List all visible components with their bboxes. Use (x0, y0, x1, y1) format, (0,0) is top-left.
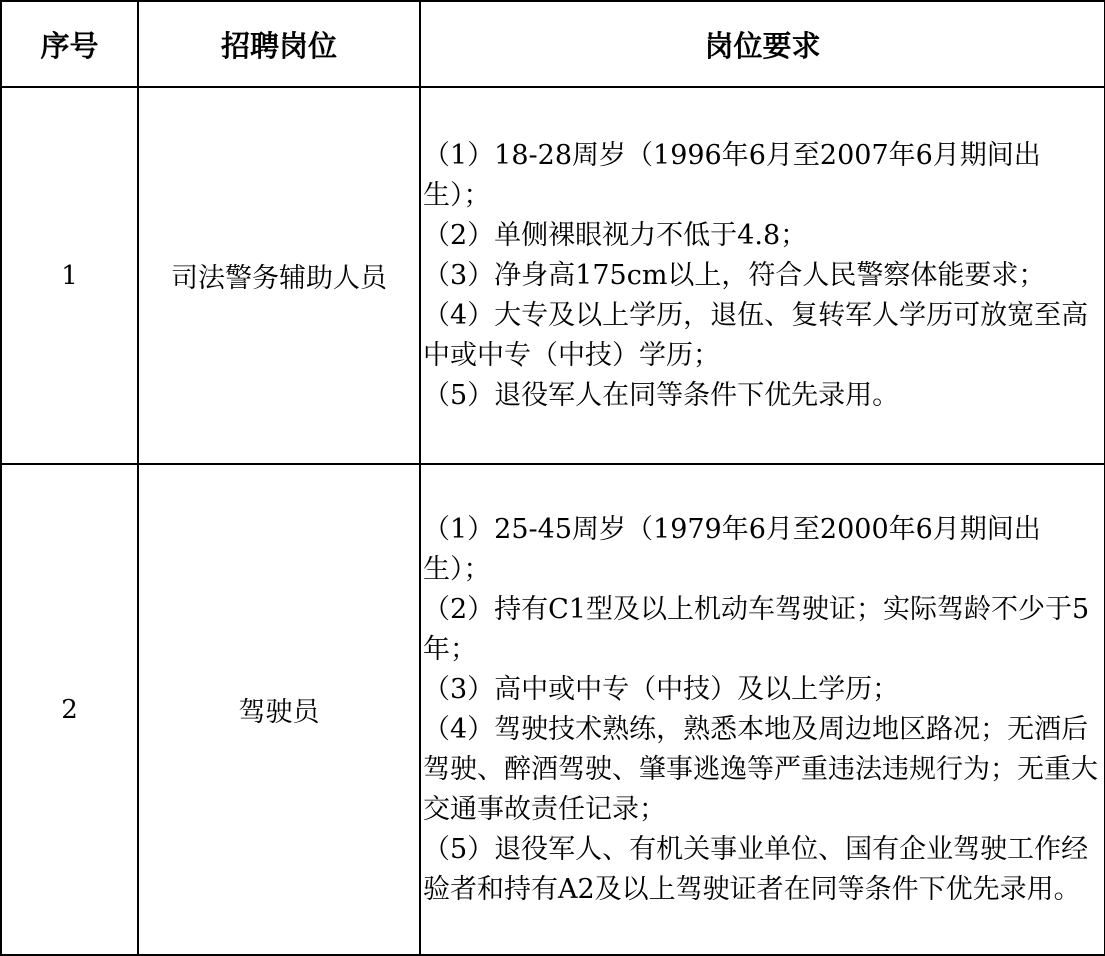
requirement-item: （1）18-28周岁（1996年6月至2007年6月期间出生）； (423, 136, 1100, 216)
table-row: 2 驾驶员 （1）25-45周岁（1979年6月至2000年6月期间出生）； （… (1, 464, 1105, 951)
header-requirements: 岗位要求 (420, 1, 1105, 87)
requirement-item: （1）25-45周岁（1979年6月至2000年6月期间出生）； (423, 510, 1100, 590)
row-position: 司法警务辅助人员 (138, 87, 420, 464)
row-requirements: （1）18-28周岁（1996年6月至2007年6月期间出生）； （2）单侧裸眼… (420, 87, 1105, 464)
row-requirements: （1）25-45周岁（1979年6月至2000年6月期间出生）； （2）持有C1… (420, 464, 1105, 951)
requirement-item: （3）净身高175cm以上，符合人民警察体能要求； (423, 256, 1100, 296)
requirement-item: （5）退役军人、有机关事业单位、国有企业驾驶工作经验者和持有A2及以上驾驶证者在… (423, 830, 1100, 910)
row-position: 驾驶员 (138, 464, 420, 951)
requirement-item: （2）持有C1型及以上机动车驾驶证；实际驾龄不少于5年； (423, 590, 1100, 670)
row-index: 1 (1, 87, 138, 464)
row-index: 2 (1, 464, 138, 951)
requirement-item: （3）高中或中专（中技）及以上学历； (423, 670, 1100, 710)
requirement-item: （4）驾驶技术熟练，熟悉本地及周边地区路况；无酒后驾驶、醉酒驾驶、肇事逃逸等严重… (423, 710, 1100, 830)
header-row: 序号 招聘岗位 岗位要求 (1, 1, 1105, 87)
requirement-item: （4）大专及以上学历，退伍、复转军人学历可放宽至高中或中专（中技）学历； (423, 296, 1100, 376)
header-position: 招聘岗位 (138, 1, 420, 87)
header-index: 序号 (1, 1, 138, 87)
table-row: 1 司法警务辅助人员 （1）18-28周岁（1996年6月至2007年6月期间出… (1, 87, 1105, 464)
requirement-item: （5）退役军人在同等条件下优先录用。 (423, 376, 1100, 416)
requirement-item: （2）单侧裸眼视力不低于4.8； (423, 216, 1100, 256)
recruitment-table: 序号 招聘岗位 岗位要求 1 司法警务辅助人员 （1）18-28周岁（1996年… (0, 0, 1105, 951)
